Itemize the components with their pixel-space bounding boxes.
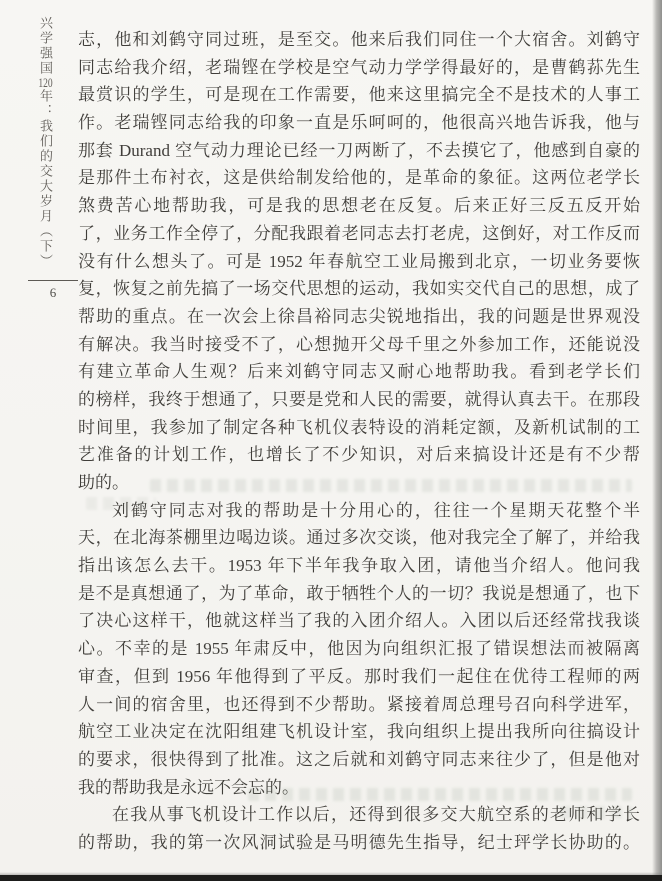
text-line: 志，他和刘鹤守同过班，是至交。他来后我们同住一个大宿舍。刘鹤守: [78, 26, 640, 54]
book-page-scan: 兴学强国120年：我们的交大岁月（下） 6 志，他和刘鹤守同过班，是至交。他来后…: [0, 0, 662, 881]
text-line: 的要求，很快得到了批准。这之后就和刘鹤守同志来往少了，但是他对: [78, 746, 640, 774]
text-line: 最赏识的学生，可是现在工作需要，他来这里搞完全不是技术的人事工: [78, 81, 640, 109]
text-line: 是那件土布衬衣，这是供给制发给他的，是革命的象征。这两位老学长: [78, 164, 640, 192]
ink-bleedthrough: [150, 479, 632, 492]
book-title-number: 120: [38, 76, 53, 89]
sidebar: 兴学强国120年：我们的交大岁月（下） 6: [30, 16, 82, 301]
text-line: 了，业务工作全停了，分配我跟着老同志去打老虎，这倒好，对工作反而: [78, 220, 640, 248]
text-line: 天，在北海茶棚里边喝边谈。通过多次交谈，他对我完全了解了，并给我: [78, 524, 640, 552]
book-title-part-top: 兴学强国: [38, 16, 53, 76]
body-text: 志，他和刘鹤守同过班，是至交。他来后我们同住一个大宿舍。刘鹤守同志给我介绍，老瑞…: [78, 26, 640, 857]
book-title-vertical: 兴学强国120年：我们的交大岁月（下）: [39, 16, 52, 274]
text-line: 刘鹤守同志对我的帮助是十分用心的，往往一个星期天花整个半: [78, 497, 640, 525]
text-line: 那套 Durand 空气动力理论已经一刀两断了，不去摸它了，他感到自豪的: [78, 137, 640, 165]
text-line: 审查，但到 1956 年他得到了平反。那时我们一起住在优待工程师的两: [78, 663, 640, 691]
text-line: 航空工业决定在沈阳组建飞机设计室，我向组织上提出我所向往搞设计: [78, 718, 640, 746]
text-line: 的榜样，我终于想通了，只要是党和人民的需要，就得认真去干。在那段: [78, 386, 640, 414]
text-line: 指出该怎么去干。1953 年下半年我争取入团，请他当介绍人。他问我: [78, 552, 640, 580]
page-number-divider: [28, 280, 78, 281]
text-line: 煞费苦心地帮助我，可是我的思想老在反复。后来正好三反五反开始: [78, 192, 640, 220]
ink-bleedthrough: [86, 497, 156, 510]
text-line: 帮助的重点。在一次会上徐昌裕同志尖锐地指出，我的问题是世界观没: [78, 303, 640, 331]
text-line: 同志给我介绍，老瑞铿在学校是空气动力学学得最好的，是曹鹤荪先生: [78, 54, 640, 82]
text-line: 艺准备的计划工作，也增长了不少知识，对后来搞设计还是有不少帮: [78, 441, 640, 469]
text-line: 人一间的宿舍里，也还得到不少帮助。紧接着周总理号召向科学进军，: [78, 691, 640, 719]
text-line: 心。不幸的是 1955 年肃反中，他因为向组织汇报了错误想法而被隔离: [78, 635, 640, 663]
text-line: 有解决。我当时接受不了，心想抛开父母千里之外参加工作，还能说没: [78, 331, 640, 359]
text-line: 是不是真想通了，为了革命，敢于牺牲个人的一切？我说是想通了，也下: [78, 580, 640, 608]
text-line: 在我从事飞机设计工作以后，还得到很多交大航空系的老师和学长: [78, 801, 640, 829]
text-line: 作。老瑞铿同志给我的印象一直是乐呵呵的，他很高兴地告诉我，他与: [78, 109, 640, 137]
text-line: 了决心这样干，他就这样当了我的入团介绍人。入团以后还经常找我谈: [78, 607, 640, 635]
page-number: 6: [30, 285, 76, 301]
ink-bleedthrough: [560, 806, 632, 819]
scan-edge-bottom: [0, 875, 662, 881]
text-line: 时间里，我参加了制定各种飞机仪表特设的消耗定额，及新机试制的工: [78, 414, 640, 442]
text-line: 有建立革命人生观？后来刘鹤守同志又耐心地帮助我。看到老学长们: [78, 358, 640, 386]
ink-bleedthrough: [248, 788, 632, 801]
scan-edge-right: [652, 0, 662, 881]
book-title-part-bottom: 年：我们的交大岁月（下）: [38, 89, 53, 269]
text-line: 复，恢复之前先搞了一场交代思想的运动，我如实交代自己的思想，成了: [78, 275, 640, 303]
text-line: 没有什么想头了。可是 1952 年春航空工业局搬到北京，一切业务要恢: [78, 248, 640, 276]
text-line: 的帮助，我的第一次风洞试验是马明德先生指导，纪士玶学长协助的。: [78, 829, 640, 857]
